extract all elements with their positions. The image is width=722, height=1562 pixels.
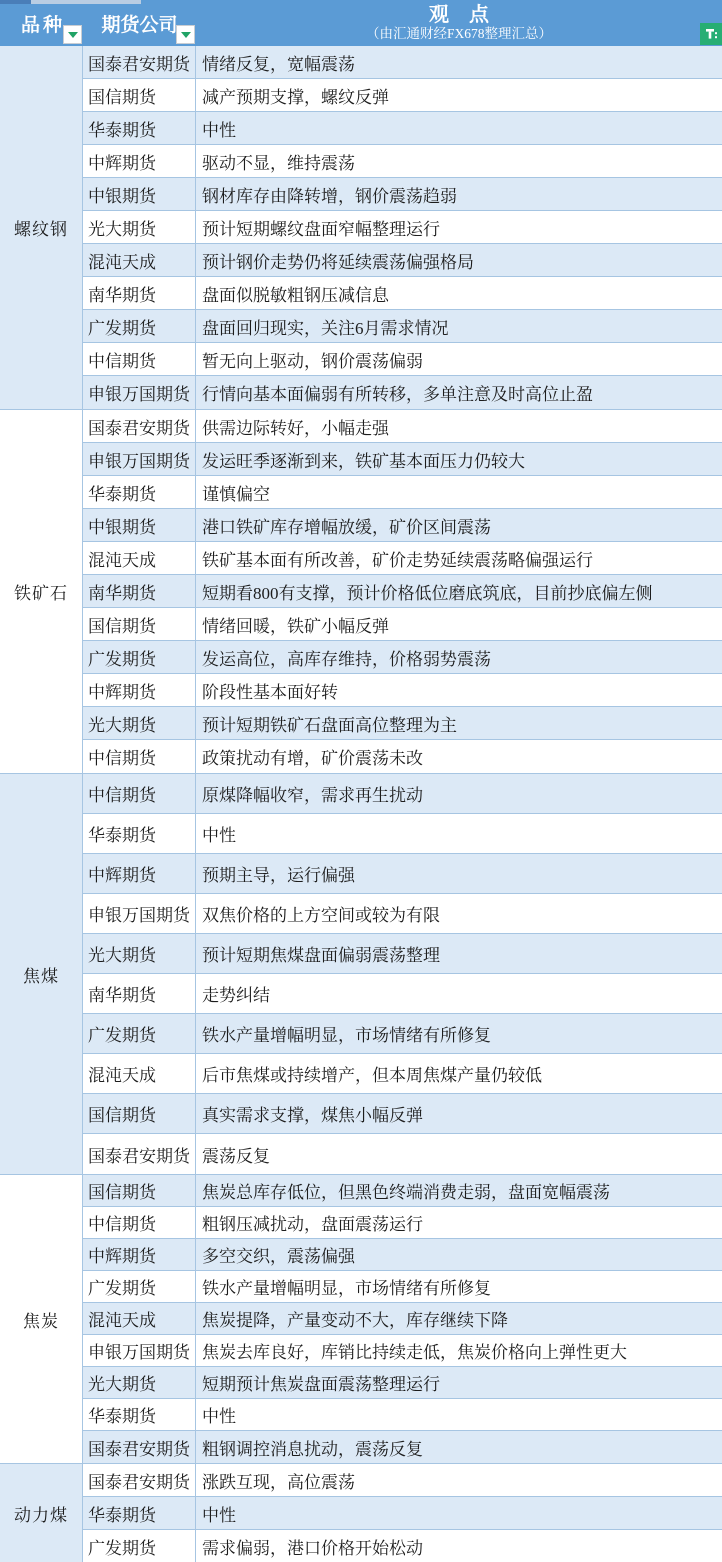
company-cell: 中辉期货: [83, 854, 196, 893]
table-row: 申银万国期货焦炭去库良好，库销比持续走低，焦炭价格向上弹性更大: [83, 1335, 722, 1367]
variety-filter-dropdown-button[interactable]: [63, 25, 82, 44]
table-row: 混沌天成铁矿基本面有所改善，矿价走势延续震荡略偏强运行: [83, 542, 722, 575]
table-row: 国信期货焦炭总库存低位，但黑色终端消费走弱，盘面宽幅震荡: [83, 1175, 722, 1207]
company-cell: 中信期货: [83, 740, 196, 773]
opinion-cell: 情绪回暖，铁矿小幅反弹: [196, 608, 722, 640]
opinion-cell: 短期看800有支撑，预计价格低位磨底筑底，目前抄底偏左侧: [196, 575, 722, 607]
company-cell: 国信期货: [83, 79, 196, 111]
company-cell: 广发期货: [83, 641, 196, 673]
table-row: 中银期货港口铁矿库存增幅放缓，矿价区间震荡: [83, 509, 722, 542]
company-cell: 国信期货: [83, 1094, 196, 1133]
section-rows: 国泰君安期货涨跌互现，高位震荡华泰期货中性广发期货需求偏弱，港口价格开始松动: [83, 1464, 722, 1562]
company-cell: 华泰期货: [83, 1399, 196, 1430]
table-row: 中信期货粗钢压减扰动，盘面震荡运行: [83, 1207, 722, 1239]
section-rows: 国信期货焦炭总库存低位，但黑色终端消费走弱，盘面宽幅震荡中信期货粗钢压减扰动，盘…: [83, 1175, 722, 1463]
company-cell: 国信期货: [83, 608, 196, 640]
variety-cell: 动力煤: [0, 1464, 83, 1562]
company-cell: 南华期货: [83, 277, 196, 309]
table-row: 混沌天成预计钢价走势仍将延续震荡偏强格局: [83, 244, 722, 277]
commodity-section: 动力煤国泰君安期货涨跌互现，高位震荡华泰期货中性广发期货需求偏弱，港口价格开始松…: [0, 1464, 722, 1562]
table-row: 申银万国期货行情向基本面偏弱有所转移，多单注意及时高位止盈: [83, 376, 722, 409]
company-cell: 光大期货: [83, 934, 196, 973]
company-cell: 华泰期货: [83, 814, 196, 853]
opinion-cell: 震荡反复: [196, 1134, 722, 1174]
table-row: 中信期货暂无向上驱动，钢价震荡偏弱: [83, 343, 722, 376]
company-cell: 中信期货: [83, 1207, 196, 1238]
table-row: 光大期货预计短期螺纹盘面窄幅整理运行: [83, 211, 722, 244]
company-cell: 国信期货: [83, 1175, 196, 1206]
opinion-cell: 发运旺季逐渐到来，铁矿基本面压力仍较大: [196, 443, 722, 475]
opinion-cell: 暂无向上驱动，钢价震荡偏弱: [196, 343, 722, 375]
table-row: 中辉期货多空交织，震荡偏强: [83, 1239, 722, 1271]
opinion-cell: 阶段性基本面好转: [196, 674, 722, 706]
table-row: 广发期货铁水产量增幅明显，市场情绪有所修复: [83, 1271, 722, 1303]
opinion-cell: 焦炭提降，产量变动不大，库存继续下降: [196, 1303, 722, 1334]
section-rows: 中信期货原煤降幅收窄，需求再生扰动华泰期货中性中辉期货预期主导，运行偏强申银万国…: [83, 774, 722, 1174]
table-row: 华泰期货中性: [83, 112, 722, 145]
table-row: 国泰君安期货供需边际转好，小幅走强: [83, 410, 722, 443]
table-row: 混沌天成焦炭提降，产量变动不大，库存继续下降: [83, 1303, 722, 1335]
table-row: 中辉期货预期主导，运行偏强: [83, 854, 722, 894]
company-cell: 中银期货: [83, 509, 196, 541]
table-row: 国泰君安期货粗钢调控消息扰动，震荡反复: [83, 1431, 722, 1463]
company-cell: 广发期货: [83, 1014, 196, 1053]
company-cell: 混沌天成: [83, 244, 196, 276]
table-row: 南华期货短期看800有支撑，预计价格低位磨底筑底，目前抄底偏左侧: [83, 575, 722, 608]
table-row: 国信期货情绪回暖，铁矿小幅反弹: [83, 608, 722, 641]
company-cell: 混沌天成: [83, 1054, 196, 1093]
opinion-cell: 双焦价格的上方空间或较为有限: [196, 894, 722, 933]
table-row: 中信期货原煤降幅收窄，需求再生扰动: [83, 774, 722, 814]
opinion-column-title: 观 点: [429, 4, 489, 26]
chevron-down-icon: [68, 32, 78, 38]
opinion-cell: 供需边际转好，小幅走强: [196, 410, 722, 442]
company-cell: 光大期货: [83, 707, 196, 739]
company-cell: 国泰君安期货: [83, 46, 196, 78]
company-cell: 光大期货: [83, 211, 196, 243]
opinion-cell: 走势纠结: [196, 974, 722, 1013]
opinion-cell: 中性: [196, 1399, 722, 1430]
section-rows: 国泰君安期货供需边际转好，小幅走强申银万国期货发运旺季逐渐到来，铁矿基本面压力仍…: [83, 410, 722, 773]
table-row: 广发期货盘面回归现实，关注6月需求情况: [83, 310, 722, 343]
opinion-cell: 后市焦煤或持续增产，但本周焦煤产量仍较低: [196, 1054, 722, 1093]
table-row: 国泰君安期货震荡反复: [83, 1134, 722, 1174]
opinion-column-subtitle: （由汇通财经FX678整理汇总）: [366, 26, 552, 42]
opinion-cell: 需求偏弱，港口价格开始松动: [196, 1530, 722, 1562]
funnel-filter-icon: [704, 27, 718, 41]
opinions-table: 品种 期货公司 观 点 （由汇通财经FX678整理汇总）: [0, 0, 722, 1562]
chevron-down-icon: [181, 32, 191, 38]
table-row: 中辉期货阶段性基本面好转: [83, 674, 722, 707]
opinion-cell: 预计短期螺纹盘面窄幅整理运行: [196, 211, 722, 243]
variety-cell: 焦煤: [0, 774, 83, 1174]
opinion-cell: 原煤降幅收窄，需求再生扰动: [196, 774, 722, 813]
table-row: 广发期货需求偏弱，港口价格开始松动: [83, 1530, 722, 1562]
table-header-row: 品种 期货公司 观 点 （由汇通财经FX678整理汇总）: [0, 0, 722, 46]
company-cell: 申银万国期货: [83, 894, 196, 933]
company-cell: 申银万国期货: [83, 1335, 196, 1366]
header-cell-opinion: 观 点 （由汇通财经FX678整理汇总）: [196, 0, 722, 46]
opinion-cell: 粗钢压减扰动，盘面震荡运行: [196, 1207, 722, 1238]
company-cell: 南华期货: [83, 974, 196, 1013]
opinion-cell: 预计钢价走势仍将延续震荡偏强格局: [196, 244, 722, 276]
company-cell: 国泰君安期货: [83, 1134, 196, 1174]
company-cell: 华泰期货: [83, 476, 196, 508]
table-row: 华泰期货中性: [83, 814, 722, 854]
opinion-cell: 中性: [196, 814, 722, 853]
section-rows: 国泰君安期货情绪反复，宽幅震荡国信期货减产预期支撑，螺纹反弹华泰期货中性中辉期货…: [83, 46, 722, 409]
company-cell: 中银期货: [83, 178, 196, 210]
opinion-cell: 焦炭去库良好，库销比持续走低，焦炭价格向上弹性更大: [196, 1335, 722, 1366]
variety-cell: 铁矿石: [0, 410, 83, 773]
company-cell: 广发期货: [83, 310, 196, 342]
opinion-cell: 预计短期焦煤盘面偏弱震荡整理: [196, 934, 722, 973]
opinion-cell: 多空交织，震荡偏强: [196, 1239, 722, 1270]
company-cell: 华泰期货: [83, 112, 196, 144]
table-row: 国信期货真实需求支撑，煤焦小幅反弹: [83, 1094, 722, 1134]
opinion-cell: 谨慎偏空: [196, 476, 722, 508]
table-row: 华泰期货中性: [83, 1399, 722, 1431]
opinion-cell: 中性: [196, 1497, 722, 1529]
table-row: 光大期货预计短期焦煤盘面偏弱震荡整理: [83, 934, 722, 974]
company-cell: 广发期货: [83, 1271, 196, 1302]
table-body: 螺纹钢国泰君安期货情绪反复，宽幅震荡国信期货减产预期支撑，螺纹反弹华泰期货中性中…: [0, 46, 722, 1562]
opinion-cell: 涨跌互现，高位震荡: [196, 1464, 722, 1496]
variety-cell: 螺纹钢: [0, 46, 83, 409]
company-cell: 国泰君安期货: [83, 410, 196, 442]
company-cell: 申银万国期货: [83, 443, 196, 475]
opinion-cell: 减产预期支撑，螺纹反弹: [196, 79, 722, 111]
commodity-section: 铁矿石国泰君安期货供需边际转好，小幅走强申银万国期货发运旺季逐渐到来，铁矿基本面…: [0, 410, 722, 774]
opinion-cell: 情绪反复，宽幅震荡: [196, 46, 722, 78]
table-row: 华泰期货谨慎偏空: [83, 476, 722, 509]
opinion-cell: 铁水产量增幅明显，市场情绪有所修复: [196, 1014, 722, 1053]
table-row: 广发期货铁水产量增幅明显，市场情绪有所修复: [83, 1014, 722, 1054]
opinion-cell: 政策扰动有增，矿价震荡未改: [196, 740, 722, 773]
company-cell: 中辉期货: [83, 145, 196, 177]
table-row: 南华期货走势纠结: [83, 974, 722, 1014]
company-cell: 申银万国期货: [83, 376, 196, 409]
corner-filter-button[interactable]: [700, 23, 722, 45]
opinion-cell: 中性: [196, 112, 722, 144]
commodity-section: 焦煤中信期货原煤降幅收窄，需求再生扰动华泰期货中性中辉期货预期主导，运行偏强申银…: [0, 774, 722, 1175]
commodity-section: 螺纹钢国泰君安期货情绪反复，宽幅震荡国信期货减产预期支撑，螺纹反弹华泰期货中性中…: [0, 46, 722, 410]
company-cell: 南华期货: [83, 575, 196, 607]
table-row: 国泰君安期货情绪反复，宽幅震荡: [83, 46, 722, 79]
commodity-section: 焦炭国信期货焦炭总库存低位，但黑色终端消费走弱，盘面宽幅震荡中信期货粗钢压减扰动…: [0, 1175, 722, 1464]
top-edge-dark-strip: [0, 0, 31, 4]
table-row: 国信期货减产预期支撑，螺纹反弹: [83, 79, 722, 112]
company-cell: 混沌天成: [83, 542, 196, 574]
opinion-cell: 港口铁矿库存增幅放缓，矿价区间震荡: [196, 509, 722, 541]
opinion-cell: 钢材库存由降转增，钢价震荡趋弱: [196, 178, 722, 210]
opinion-cell: 行情向基本面偏弱有所转移，多单注意及时高位止盈: [196, 376, 722, 409]
opinion-cell: 盘面回归现实，关注6月需求情况: [196, 310, 722, 342]
opinion-cell: 预期主导，运行偏强: [196, 854, 722, 893]
opinion-cell: 盘面似脱敏粗钢压减信息: [196, 277, 722, 309]
opinion-cell: 铁矿基本面有所改善，矿价走势延续震荡略偏强运行: [196, 542, 722, 574]
opinion-cell: 预计短期铁矿石盘面高位整理为主: [196, 707, 722, 739]
table-row: 中辉期货驱动不显，维持震荡: [83, 145, 722, 178]
company-cell: 华泰期货: [83, 1497, 196, 1529]
company-filter-dropdown-button[interactable]: [176, 25, 195, 44]
opinion-cell: 驱动不显，维持震荡: [196, 145, 722, 177]
table-row: 广发期货发运高位，高库存维持，价格弱势震荡: [83, 641, 722, 674]
header-cell-variety: 品种: [0, 0, 83, 46]
opinion-cell: 发运高位，高库存维持，价格弱势震荡: [196, 641, 722, 673]
table-row: 光大期货预计短期铁矿石盘面高位整理为主: [83, 707, 722, 740]
company-cell: 光大期货: [83, 1367, 196, 1398]
table-row: 南华期货盘面似脱敏粗钢压减信息: [83, 277, 722, 310]
company-cell: 国泰君安期货: [83, 1431, 196, 1463]
company-cell: 中辉期货: [83, 674, 196, 706]
table-row: 混沌天成后市焦煤或持续增产，但本周焦煤产量仍较低: [83, 1054, 722, 1094]
opinion-cell: 焦炭总库存低位，但黑色终端消费走弱，盘面宽幅震荡: [196, 1175, 722, 1206]
company-cell: 中信期货: [83, 774, 196, 813]
table-row: 华泰期货中性: [83, 1497, 722, 1530]
company-cell: 国泰君安期货: [83, 1464, 196, 1496]
table-row: 申银万国期货双焦价格的上方空间或较为有限: [83, 894, 722, 934]
variety-cell: 焦炭: [0, 1175, 83, 1463]
table-row: 国泰君安期货涨跌互现，高位震荡: [83, 1464, 722, 1497]
table-row: 光大期货短期预计焦炭盘面震荡整理运行: [83, 1367, 722, 1399]
company-cell: 混沌天成: [83, 1303, 196, 1334]
opinion-cell: 短期预计焦炭盘面震荡整理运行: [196, 1367, 722, 1398]
table-row: 中信期货政策扰动有增，矿价震荡未改: [83, 740, 722, 773]
company-column-label: 期货公司: [101, 10, 177, 37]
opinion-cell: 铁水产量增幅明显，市场情绪有所修复: [196, 1271, 722, 1302]
top-edge-light-strip: [31, 0, 141, 4]
company-cell: 中辉期货: [83, 1239, 196, 1270]
table-row: 申银万国期货发运旺季逐渐到来，铁矿基本面压力仍较大: [83, 443, 722, 476]
table-row: 中银期货钢材库存由降转增，钢价震荡趋弱: [83, 178, 722, 211]
opinion-cell: 真实需求支撑，煤焦小幅反弹: [196, 1094, 722, 1133]
opinion-cell: 粗钢调控消息扰动，震荡反复: [196, 1431, 722, 1463]
company-cell: 中信期货: [83, 343, 196, 375]
company-cell: 广发期货: [83, 1530, 196, 1562]
variety-column-label: 品种: [18, 10, 65, 37]
header-cell-company: 期货公司: [83, 0, 196, 46]
